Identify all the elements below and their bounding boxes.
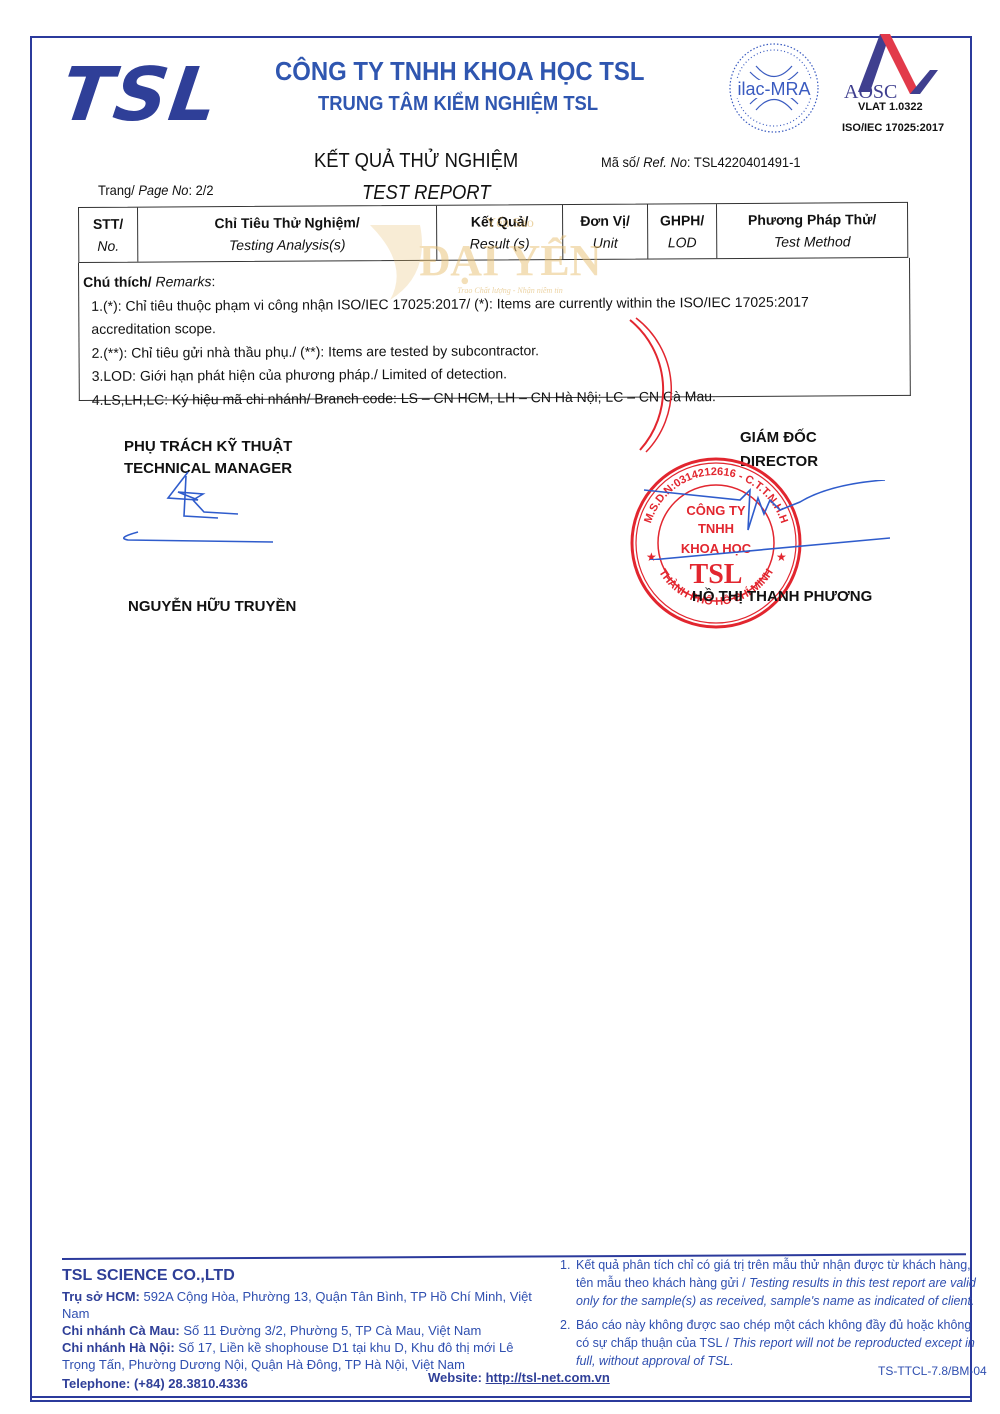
iso-standard: ISO/IEC 17025:2017 [842, 122, 944, 134]
remarks-box: Chú thích/ Remarks: 1.(*): Chỉ tiêu thuộ… [78, 258, 911, 401]
footer-bottom-border [30, 1396, 972, 1398]
col-test-method: Phương Pháp Thử/Test Method [717, 203, 907, 258]
reference-number: Mã số/ Ref. No: TSL4220401491-1 [601, 154, 801, 170]
col-lod: GHPH/LOD [648, 204, 717, 258]
address-ha-noi: Chi nhánh Hà Nội: Số 17, Liền kề shophou… [62, 1339, 542, 1373]
technical-manager-signature-icon [108, 470, 288, 550]
address-hcm: Trụ sở HCM: 592A Cộng Hòa, Phường 13, Qu… [62, 1288, 542, 1322]
company-name: CÔNG TY TNHH KHOA HỌC TSL [275, 56, 644, 87]
ilac-mra-logo-icon: ilac-MRA [728, 42, 820, 134]
footer-telephone: Telephone: (+84) 28.3810.4336 [62, 1376, 248, 1391]
footer-addresses: Trụ sở HCM: 592A Cộng Hòa, Phường 13, Qu… [62, 1288, 542, 1373]
svg-text:AOSC: AOSC [844, 81, 897, 103]
remark-item: 4.LS,LH,LC: Ký hiệu mã chi nhánh/ Branch… [84, 383, 910, 412]
form-code: TS-TTCL-7.8/BM-04 [878, 1364, 987, 1378]
remark-item: 1.(*): Chỉ tiêu thuộc phạm vi công nhận … [83, 289, 909, 318]
footer-notes: 1.Kết quả phân tích chỉ có giá trị trên … [560, 1256, 980, 1376]
address-ca-mau: Chi nhánh Cà Mau: Số 11 Đường 3/2, Phườn… [62, 1322, 542, 1339]
footer-note: 1.Kết quả phân tích chỉ có giá trị trên … [560, 1256, 980, 1310]
center-name: TRUNG TÂM KIỂM NGHIỆM TSL [318, 93, 598, 116]
aosc-logo-icon: AOSC [838, 32, 946, 104]
director-name: HỒ THỊ THANH PHƯƠNG [692, 588, 872, 605]
tsl-logo: TSL [57, 58, 224, 132]
stamp-partial-icon [600, 300, 710, 470]
page-number: Trang/ Page No: 2/2 [98, 182, 214, 198]
technical-manager-name: NGUYỄN HỮU TRUYỀN [128, 598, 296, 615]
report-title-vn: KẾT QUẢ THỬ NGHIỆM [314, 150, 518, 173]
svg-text:TSL: TSL [690, 559, 743, 590]
svg-text:Yến Sào: Yến Sào [486, 216, 534, 231]
director-signature-icon [640, 480, 890, 560]
footer-note: 2.Báo cáo này không được sao chép một cá… [560, 1316, 980, 1370]
vlat-number: VLAT 1.0322 [858, 101, 923, 113]
report-title-en: TEST REPORT [362, 182, 490, 205]
svg-text:ilac-MRA: ilac-MRA [737, 79, 810, 99]
footer-company-name: TSL SCIENCE CO.,LTD [62, 1267, 235, 1285]
col-stt: STT/No. [79, 208, 138, 262]
